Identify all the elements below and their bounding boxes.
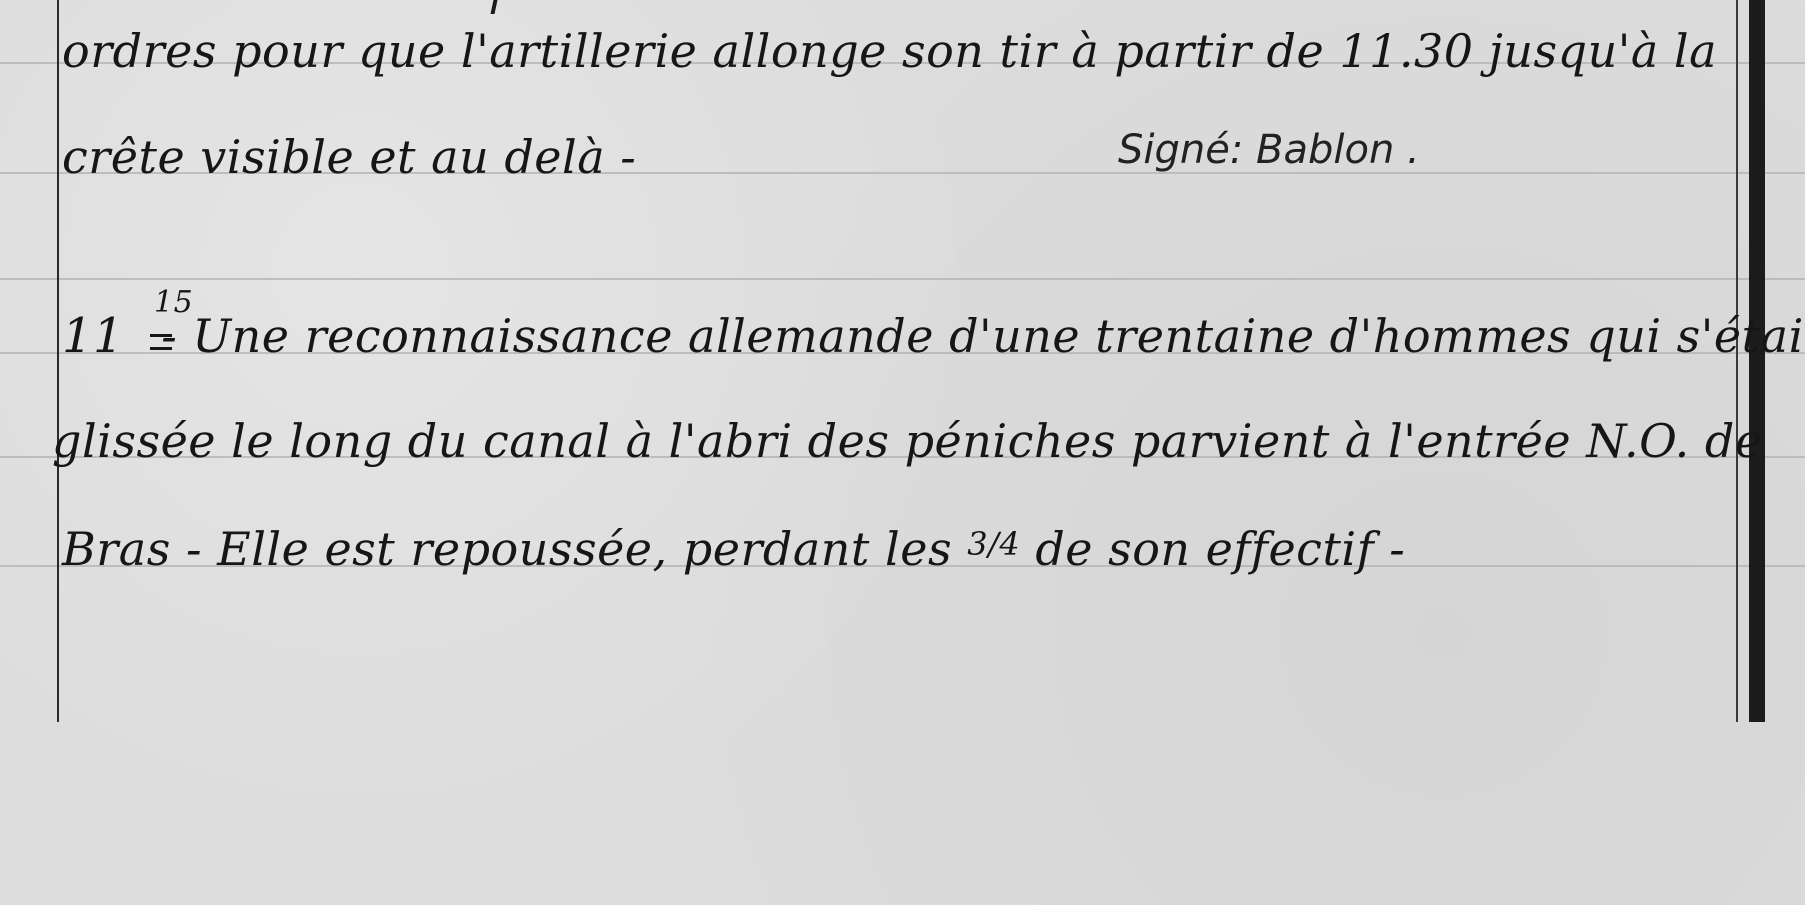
fraction: 3/4	[967, 525, 1020, 563]
signature: Signé: Bablon .	[1118, 130, 1420, 170]
entry-1-line-1: ordres pour que l'artillerie allonge son…	[62, 28, 1717, 74]
entry-1-line-2: crête visible et au delà -	[62, 134, 636, 180]
entry-2-line-2: glissée le long du canal à l'abri des pé…	[52, 418, 1763, 464]
time-underline	[150, 334, 172, 350]
entry-2-text-4: de son effectif -	[1035, 522, 1405, 576]
entry-2-text-3: Bras - Elle est repoussée, perdant les	[62, 522, 952, 576]
time-stamp: 11 15	[62, 312, 124, 360]
ruled-line	[0, 278, 1805, 280]
time-minutes: 15	[154, 288, 193, 318]
handwritten-page: ordres pour que l'artillerie allonge son…	[0, 0, 1805, 905]
left-margin-line	[57, 0, 59, 722]
descender-from-previous-line	[491, 0, 498, 14]
entry-2-line-3: Bras - Elle est repoussée, perdant les 3…	[62, 526, 1405, 572]
entry-2-text-1: - Une reconnaissance allemande d'une tre…	[161, 309, 1805, 363]
entry-2-line-1: 11 15 - Une reconnaissance allemande d'u…	[62, 312, 1805, 360]
time-hours: 11	[62, 308, 124, 364]
